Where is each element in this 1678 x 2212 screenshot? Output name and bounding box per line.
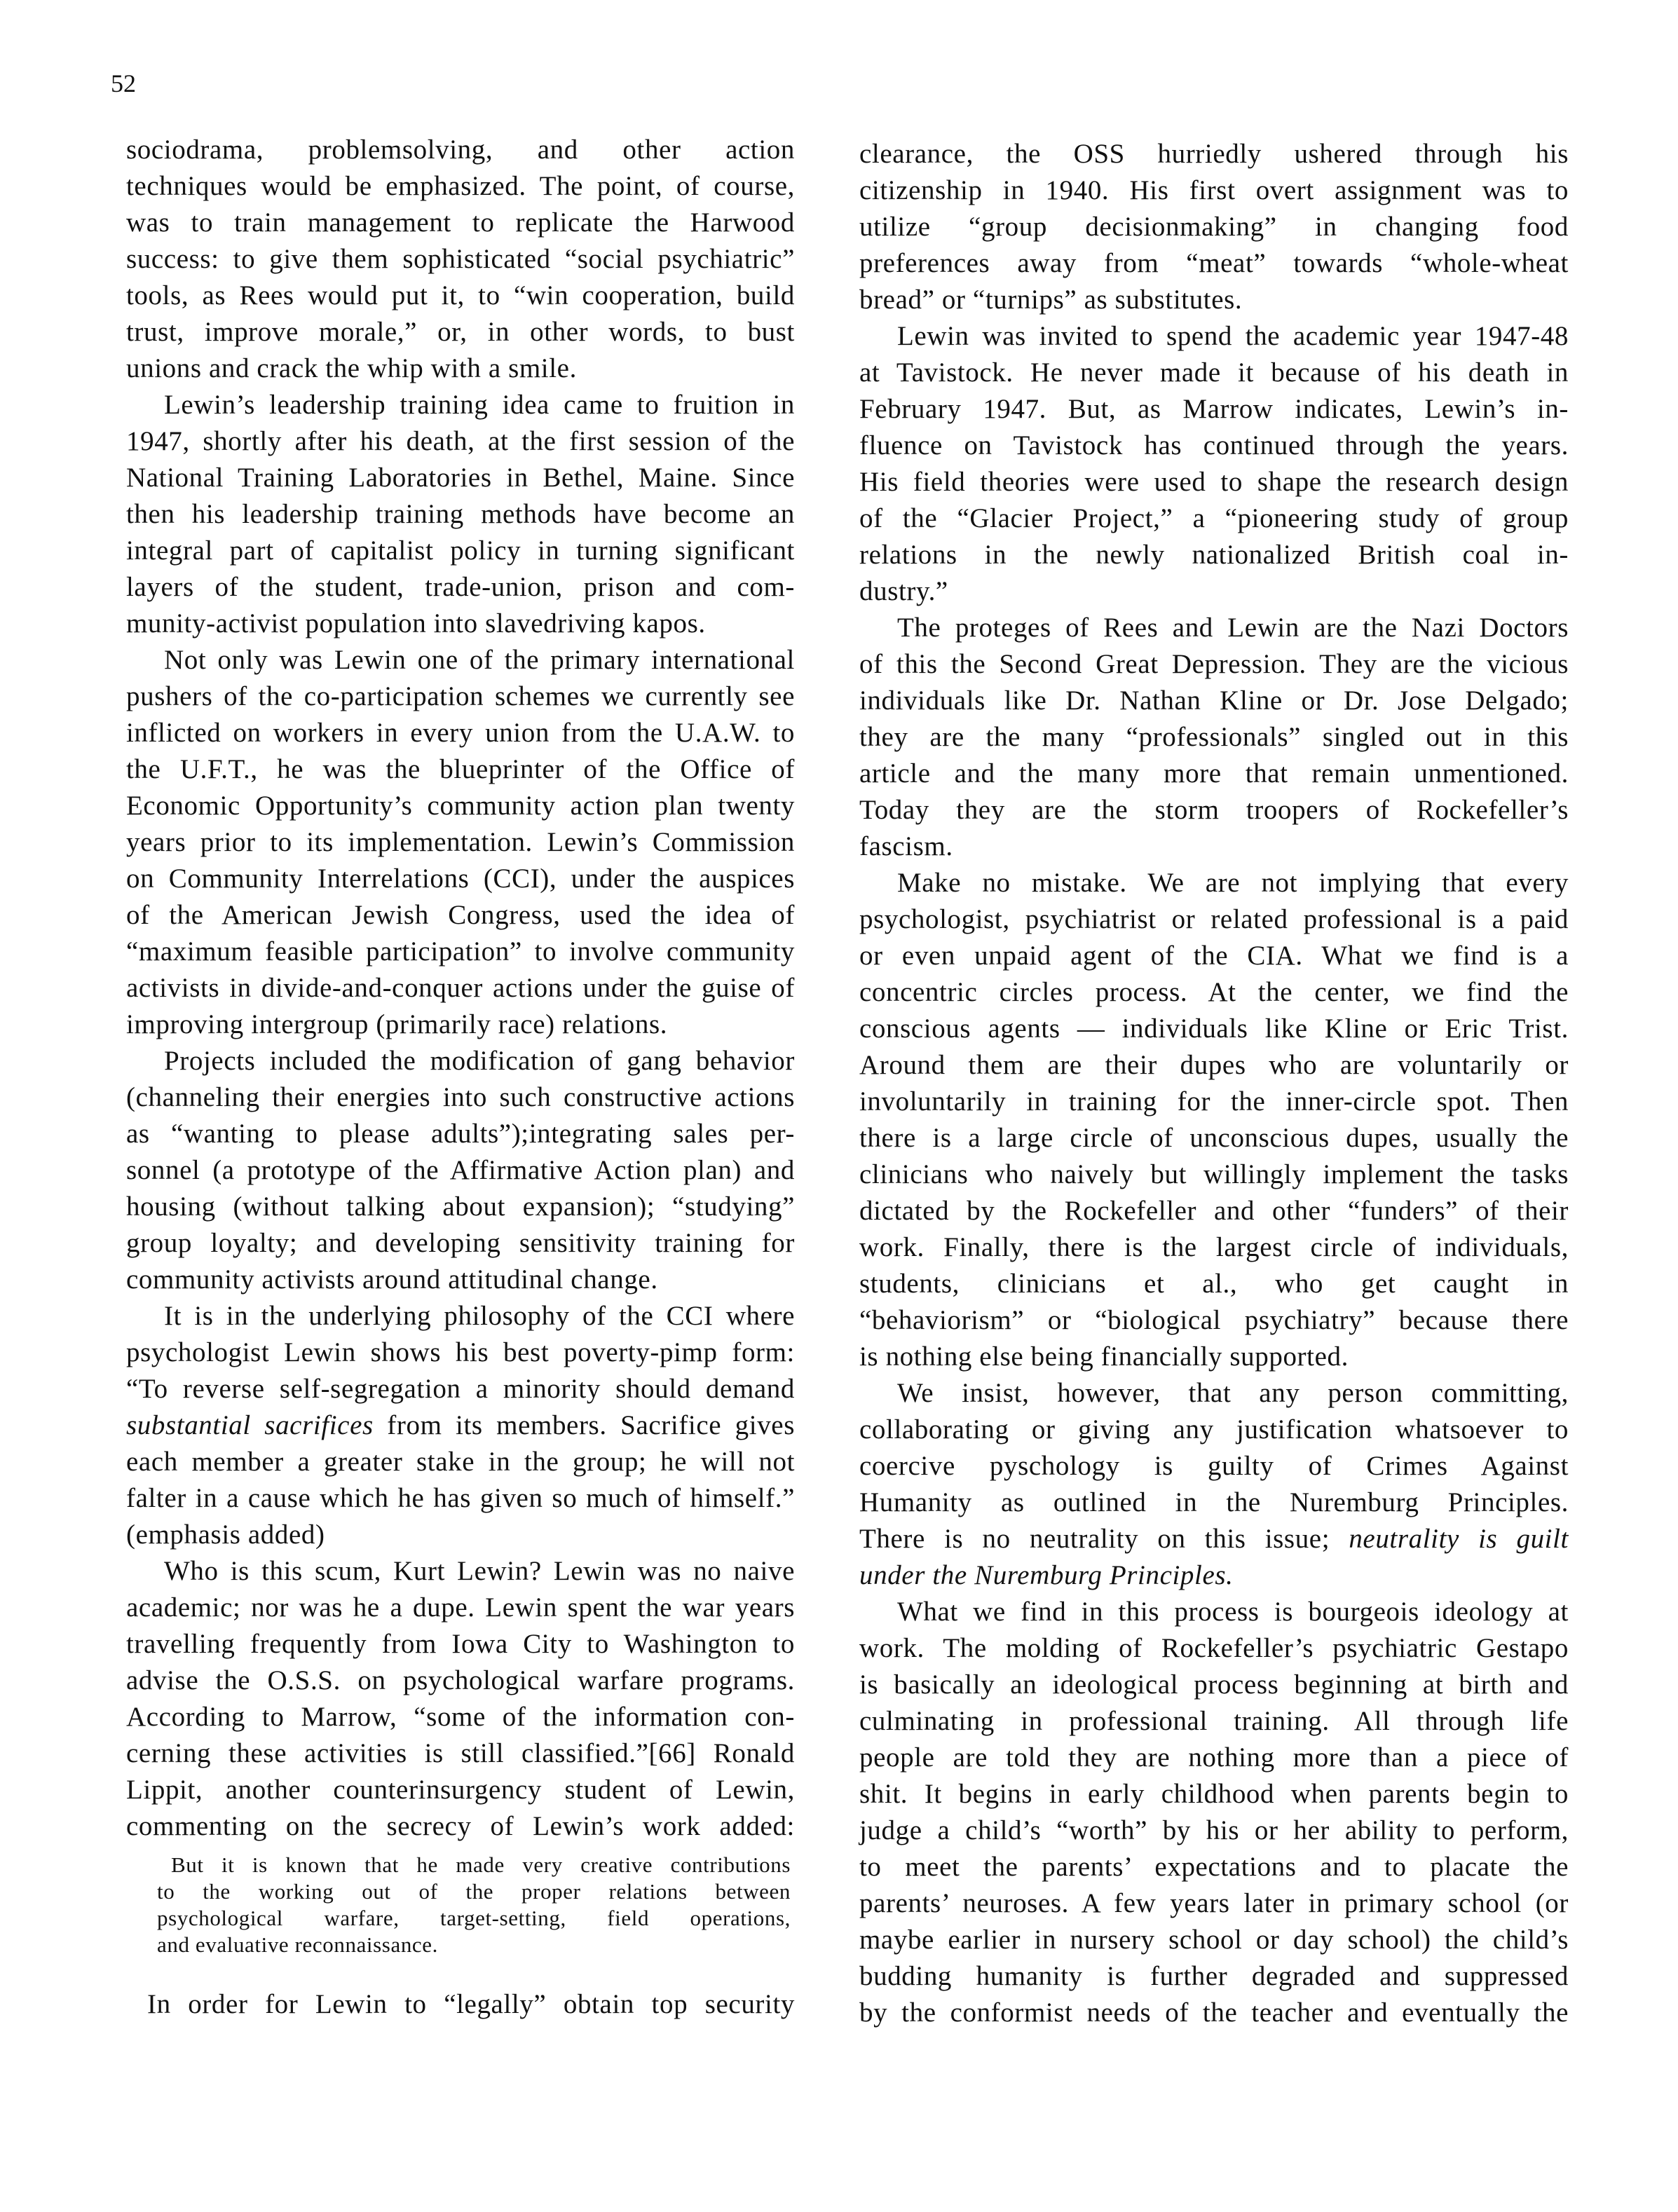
text-line: work. Finally, there is the largest circ… bbox=[859, 1229, 1569, 1266]
text-line: each member a greater stake in the group… bbox=[126, 1444, 795, 1480]
text-line: munity-activist population into slavedri… bbox=[126, 606, 795, 642]
blockquote-line: But it is known that he made very creati… bbox=[171, 1852, 791, 1878]
text-line: dustry.” bbox=[859, 573, 1569, 610]
text-line: His field theories were used to shape th… bbox=[859, 464, 1569, 500]
text-line: activists in divide-and-conquer actions … bbox=[126, 970, 795, 1006]
text-line: According to Marrow, “some of the inform… bbox=[126, 1699, 795, 1735]
text-line: improving intergroup (primarily race) re… bbox=[126, 1006, 795, 1043]
text-line: Today they are the storm troopers of Roc… bbox=[859, 792, 1569, 828]
text-line: psychologist, psychiatrist or related pr… bbox=[859, 901, 1569, 938]
text-line: students, clinicians et al., who get cau… bbox=[859, 1266, 1569, 1302]
text-line: Around them are their dupes who are volu… bbox=[859, 1047, 1569, 1084]
text-line: What we find in this process is bourgeoi… bbox=[859, 1594, 1569, 1630]
emphasis: substantial sacrifices bbox=[126, 1410, 374, 1440]
text-line: commenting on the secrecy of Lewin’s wor… bbox=[126, 1808, 795, 1845]
text-line: advise the O.S.S. on psychological warfa… bbox=[126, 1663, 795, 1699]
text-line: relations in the newly nationalized Brit… bbox=[859, 537, 1569, 573]
text-line: integral part of capitalist policy in tu… bbox=[126, 533, 795, 569]
text-line: housing (without talking about expansion… bbox=[126, 1189, 795, 1225]
text-line: unions and crack the whip with a smile. bbox=[126, 350, 795, 387]
text-line: conscious agents — individuals like Klin… bbox=[859, 1011, 1569, 1047]
text-line: concentric circles process. At the cente… bbox=[859, 974, 1569, 1011]
text-line: academic; nor was he a dupe. Lewin spent… bbox=[126, 1590, 795, 1626]
text-line: was to train management to replicate the… bbox=[126, 205, 795, 241]
text-line: layers of the student, trade-union, pris… bbox=[126, 569, 795, 606]
blockquote-line: and evaluative reconnaissance. bbox=[157, 1932, 791, 1958]
text-line: or even unpaid agent of the CIA. What we… bbox=[859, 938, 1569, 974]
text-line: Lippit, another counterinsurgency studen… bbox=[126, 1772, 795, 1808]
text-line: sociodrama, problemsolving, and other ac… bbox=[126, 132, 795, 168]
text-line: at Tavistock. He never made it because o… bbox=[859, 355, 1569, 391]
text-line: pushers of the co-participation schemes … bbox=[126, 678, 795, 715]
text-line: is nothing else being financially suppor… bbox=[859, 1339, 1569, 1375]
text-line: techniques would be emphasized. The poin… bbox=[126, 168, 795, 205]
text-line: of this the Second Great Depression. The… bbox=[859, 646, 1569, 683]
blockquote-line: to the working out of the proper relatio… bbox=[157, 1878, 791, 1905]
text-line: (channeling their energies into such con… bbox=[126, 1079, 795, 1116]
text-line: parents’ neuroses. A few years later in … bbox=[859, 1885, 1569, 1922]
text-line: preferences away from “meat” towards “wh… bbox=[859, 245, 1569, 282]
text-line: substantial sacrifices from its members.… bbox=[126, 1407, 795, 1444]
emphasis: under the Nuremburg Principles. bbox=[859, 1560, 1233, 1590]
text-line: collaborating or giving any justificatio… bbox=[859, 1412, 1569, 1448]
text-line: psychologist Lewin shows his best povert… bbox=[126, 1334, 795, 1371]
text-line: “To reverse self-segregation a minority … bbox=[126, 1371, 795, 1407]
text-line: bread” or “turnips” as substitutes. bbox=[859, 282, 1569, 318]
text-line: dictated by the Rockefeller and other “f… bbox=[859, 1193, 1569, 1229]
text-line: shit. It begins in early childhood when … bbox=[859, 1776, 1569, 1812]
text-line: Not only was Lewin one of the primary in… bbox=[126, 642, 795, 678]
text-line: to meet the parents’ expectations and to… bbox=[859, 1849, 1569, 1885]
text-line: culminating in professional training. Al… bbox=[859, 1703, 1569, 1740]
text-line: February 1947. But, as Marrow indicates,… bbox=[859, 391, 1569, 428]
text-line: Make no mistake. We are not implying tha… bbox=[859, 865, 1569, 901]
text-line: judge a child’s “worth” by his or her ab… bbox=[859, 1812, 1569, 1849]
text-line: article and the many more that remain un… bbox=[859, 756, 1569, 792]
text-line: clinicians who naively but willingly imp… bbox=[859, 1156, 1569, 1193]
text-line: (emphasis added) bbox=[126, 1517, 795, 1553]
text-line: Economic Opportunity’s community action … bbox=[126, 788, 795, 824]
text-line: National Training Laboratories in Bethel… bbox=[126, 460, 795, 496]
text-line: trust, improve morale,” or, in other wor… bbox=[126, 314, 795, 350]
text-line: Projects included the modification of ga… bbox=[126, 1043, 795, 1079]
text-line: budding humanity is further degraded and… bbox=[859, 1958, 1569, 1995]
text-line: of the “Glacier Project,” a “pioneering … bbox=[859, 500, 1569, 537]
text-line: as “wanting to please adults”);integrati… bbox=[126, 1116, 795, 1152]
text-line: community activists around attitudinal c… bbox=[126, 1262, 795, 1298]
text-line: fluence on Tavistock has continued throu… bbox=[859, 428, 1569, 464]
text-line: Lewin was invited to spend the academic … bbox=[859, 318, 1569, 355]
text-line: falter in a cause which he has given so … bbox=[126, 1480, 795, 1517]
text-line: tools, as Rees would put it, to “win coo… bbox=[126, 278, 795, 314]
text-line: success: to give them sophisticated “soc… bbox=[126, 241, 795, 278]
text-line: travelling frequently from Iowa City to … bbox=[126, 1626, 795, 1663]
page-number: 52 bbox=[111, 69, 136, 98]
text-line: utilize “group decisionmaking” in changi… bbox=[859, 209, 1569, 245]
text-line: Who is this scum, Kurt Lewin? Lewin was … bbox=[126, 1553, 795, 1590]
text-line: years prior to its implementation. Lewin… bbox=[126, 824, 795, 861]
text-line: We insist, however, that any person comm… bbox=[859, 1375, 1569, 1412]
text-line: 1947, shortly after his death, at the fi… bbox=[126, 423, 795, 460]
text-line: “maximum feasible participation” to invo… bbox=[126, 934, 795, 970]
text-line: under the Nuremburg Principles. bbox=[859, 1557, 1569, 1594]
emphasis: neutrality is guilt bbox=[1349, 1524, 1569, 1554]
text-line: fascism. bbox=[859, 828, 1569, 865]
text-line: of the American Jewish Congress, used th… bbox=[126, 897, 795, 934]
text-line: sonnel (a prototype of the Affirmative A… bbox=[126, 1152, 795, 1189]
text-line: Lewin’s leadership training idea came to… bbox=[126, 387, 795, 423]
text-line: There is no neutrality on this issue; ne… bbox=[859, 1521, 1569, 1557]
text-line: “behaviorism” or “biological psychiatry”… bbox=[859, 1302, 1569, 1339]
blockquote-line: psychological warfare, target-setting, f… bbox=[157, 1905, 791, 1932]
text-line: group loyalty; and developing sensitivit… bbox=[126, 1225, 795, 1262]
text-line: clearance, the OSS hurriedly ushered thr… bbox=[859, 136, 1569, 172]
text-line: then his leadership training methods hav… bbox=[126, 496, 795, 533]
text-line: they are the many “professionals” single… bbox=[859, 719, 1569, 756]
text-line: citizenship in 1940. His first overt ass… bbox=[859, 172, 1569, 209]
text-line: on Community Interrelations (CCI), under… bbox=[126, 861, 795, 897]
text-line: cerning these activities is still classi… bbox=[126, 1735, 795, 1772]
text-line: Humanity as outlined in the Nuremburg Pr… bbox=[859, 1484, 1569, 1521]
text-line: work. The molding of Rockefeller’s psych… bbox=[859, 1630, 1569, 1667]
text-line: The proteges of Rees and Lewin are the N… bbox=[859, 610, 1569, 646]
text-line: is basically an ideological process begi… bbox=[859, 1667, 1569, 1703]
text-line: maybe earlier in nursery school or day s… bbox=[859, 1922, 1569, 1958]
text-line: people are told they are nothing more th… bbox=[859, 1740, 1569, 1776]
text-line: the U.F.T., he was the blueprinter of th… bbox=[126, 751, 795, 788]
text-line: It is in the underlying philosophy of th… bbox=[126, 1298, 795, 1334]
text-line: by the conformist needs of the teacher a… bbox=[859, 1995, 1569, 2031]
text-line: individuals like Dr. Nathan Kline or Dr.… bbox=[859, 683, 1569, 719]
text-line: involuntarily in training for the inner-… bbox=[859, 1084, 1569, 1120]
closing-line: In order for Lewin to “legally” obtain t… bbox=[126, 1986, 795, 2023]
text-line: inflicted on workers in every union from… bbox=[126, 715, 795, 751]
text-line: coercive pyschology is guilty of Crimes … bbox=[859, 1448, 1569, 1484]
text-line: there is a large circle of unconscious d… bbox=[859, 1120, 1569, 1156]
